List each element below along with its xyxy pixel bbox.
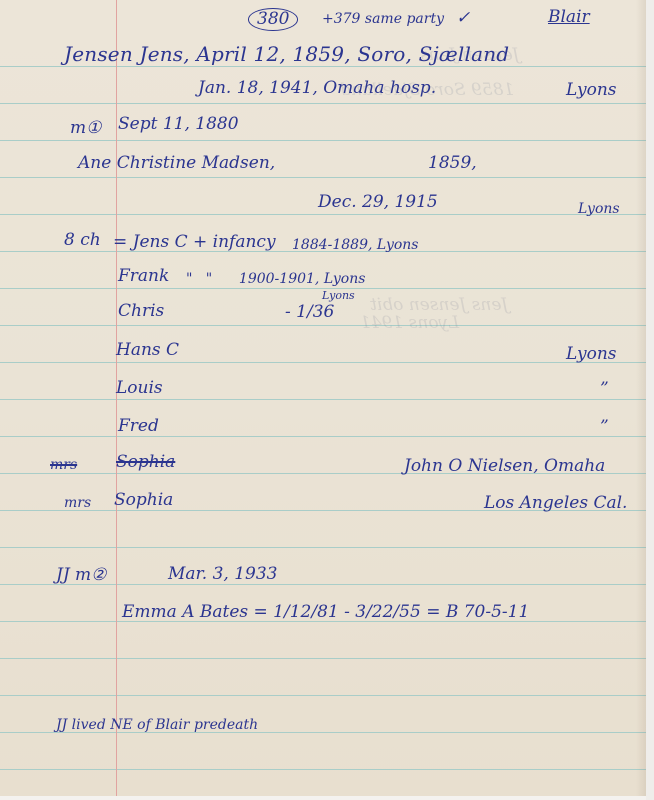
rule-line xyxy=(0,769,646,770)
spouse-1-name: Ane Christine Madsen, xyxy=(78,155,275,172)
rule-line xyxy=(0,140,646,141)
spouse-2-line: Emma A Bates = 1/12/81 - 3/22/55 = B 70-… xyxy=(122,604,529,621)
rule-line xyxy=(0,66,646,67)
child-place: ” xyxy=(600,419,609,436)
child-prefix: mrs xyxy=(64,496,91,510)
scan-edge-bottom xyxy=(0,796,654,800)
cross-reference: +379 same party xyxy=(322,12,444,26)
child-name: Fred xyxy=(118,418,159,435)
child-dates: - 1/36 xyxy=(285,304,334,321)
notebook-page: Jensen Jens 1859 Soro Sjaelland Jens Jen… xyxy=(0,0,646,796)
child-place: Lyons xyxy=(566,346,617,363)
spouse-1-birth: 1859, xyxy=(428,155,477,172)
rule-line xyxy=(0,325,646,326)
child-name: Sophia xyxy=(114,492,173,509)
child-name: Louis xyxy=(116,380,163,397)
record-number: 380 xyxy=(248,8,298,31)
footer-note: JJ lived NE of Blair predeath xyxy=(56,718,258,732)
child-dates: " " 1900-1901, Lyons xyxy=(186,272,365,286)
subject-name-line: Jensen Jens, April 12, 1859, Soro, Sjæll… xyxy=(64,44,509,64)
rule-line xyxy=(0,362,646,363)
bleed-through-text: Jens Jensen obit xyxy=(370,295,508,315)
bleed-through-text: Lyons 1941 xyxy=(360,313,459,333)
child-superscript: Lyons xyxy=(322,290,355,301)
margin-line xyxy=(116,0,117,796)
child-name: Chris xyxy=(118,303,164,320)
subject-burial: Lyons xyxy=(566,82,617,99)
marriage-2-label: JJ m② xyxy=(56,567,106,584)
rule-line xyxy=(0,547,646,548)
rule-line xyxy=(0,177,646,178)
children-count-label: 8 ch xyxy=(64,232,101,249)
rule-line xyxy=(0,695,646,696)
subject-death-line: Jan. 18, 1941, Omaha hosp. xyxy=(198,80,436,97)
spouse-1-burial: Lyons xyxy=(578,202,620,216)
rule-line xyxy=(0,214,646,215)
child-name: Hans C xyxy=(116,342,179,359)
child-name-struck: Sophia xyxy=(116,454,175,471)
child-dates: 1884-1889, Lyons xyxy=(292,238,418,252)
marriage-1-date: Sept 11, 1880 xyxy=(118,116,239,133)
child-name: = Jens C + infancy xyxy=(113,234,276,251)
spouse-1-death: Dec. 29, 1915 xyxy=(318,194,438,211)
rule-line xyxy=(0,399,646,400)
checkmark-icon: ✓ xyxy=(456,10,470,27)
scan-edge-right xyxy=(646,0,654,800)
child-name: Frank xyxy=(118,268,169,285)
child-prefix-struck: mrs xyxy=(50,458,77,472)
rule-line xyxy=(0,658,646,659)
child-place: ” xyxy=(600,381,609,398)
marriage-1-label: m① xyxy=(70,120,101,137)
rule-line xyxy=(0,436,646,437)
child-spouse-place: John O Nielsen, Omaha xyxy=(404,458,605,475)
marriage-2-date: Mar. 3, 1933 xyxy=(168,566,278,583)
header-location: Blair xyxy=(548,9,590,26)
rule-line xyxy=(0,103,646,104)
child-place: Los Angeles Cal. xyxy=(484,495,627,512)
